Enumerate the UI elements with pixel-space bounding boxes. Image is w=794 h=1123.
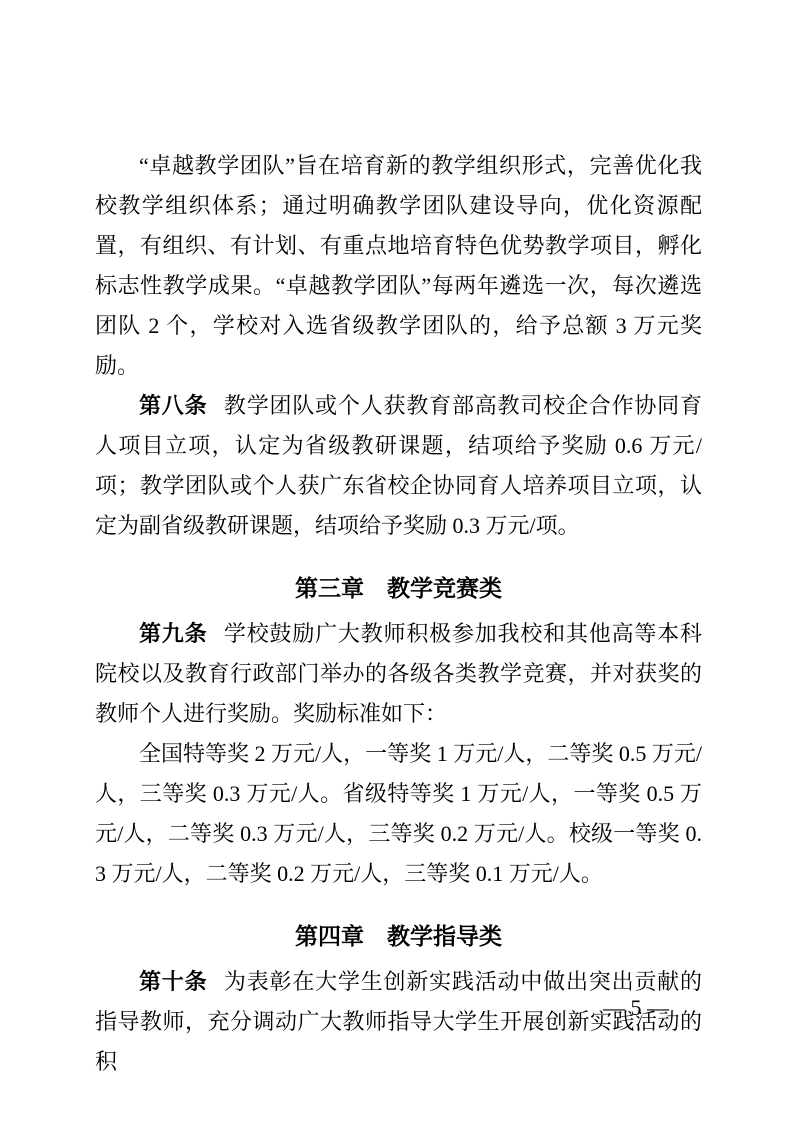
chapter-heading: 第三章 教学竞赛类 xyxy=(95,568,702,608)
article-number: 第九条 xyxy=(139,621,224,646)
article-number: 第十条 xyxy=(139,969,224,994)
paragraph: 第十条为表彰在大学生创新实践活动中做出突出贡献的指导教师，充分调动广大教师指导大… xyxy=(95,962,702,1082)
paragraph-text: “卓越教学团队”旨在培育新的教学组织形式，完善优化我校教学组织体系；通过明确教学… xyxy=(95,153,702,378)
article-number: 第八条 xyxy=(139,393,224,418)
paragraph: 第八条教学团队或个人获教育部高教司校企合作协同育人项目立项，认定为省级教研课题，… xyxy=(95,386,702,546)
page-number: — 5 — xyxy=(0,997,669,1019)
paragraph-text: 全国特等奖 2 万元/人，一等奖 1 万元/人，二等奖 0.5 万元/人，三等奖… xyxy=(95,741,702,886)
document-page: “卓越教学团队”旨在培育新的教学组织形式，完善优化我校教学组织体系；通过明确教学… xyxy=(0,0,794,1123)
paragraph: 全国特等奖 2 万元/人，一等奖 1 万元/人，二等奖 0.5 万元/人，三等奖… xyxy=(95,734,702,894)
chapter-heading: 第四章 教学指导类 xyxy=(95,916,702,956)
paragraph: 第九条学校鼓励广大教师积极参加我校和其他高等本科院校以及教育行政部门举办的各级各… xyxy=(95,614,702,734)
document-body: “卓越教学团队”旨在培育新的教学组织形式，完善优化我校教学组织体系；通过明确教学… xyxy=(0,0,794,1082)
paragraph: “卓越教学团队”旨在培育新的教学组织形式，完善优化我校教学组织体系；通过明确教学… xyxy=(95,146,702,386)
